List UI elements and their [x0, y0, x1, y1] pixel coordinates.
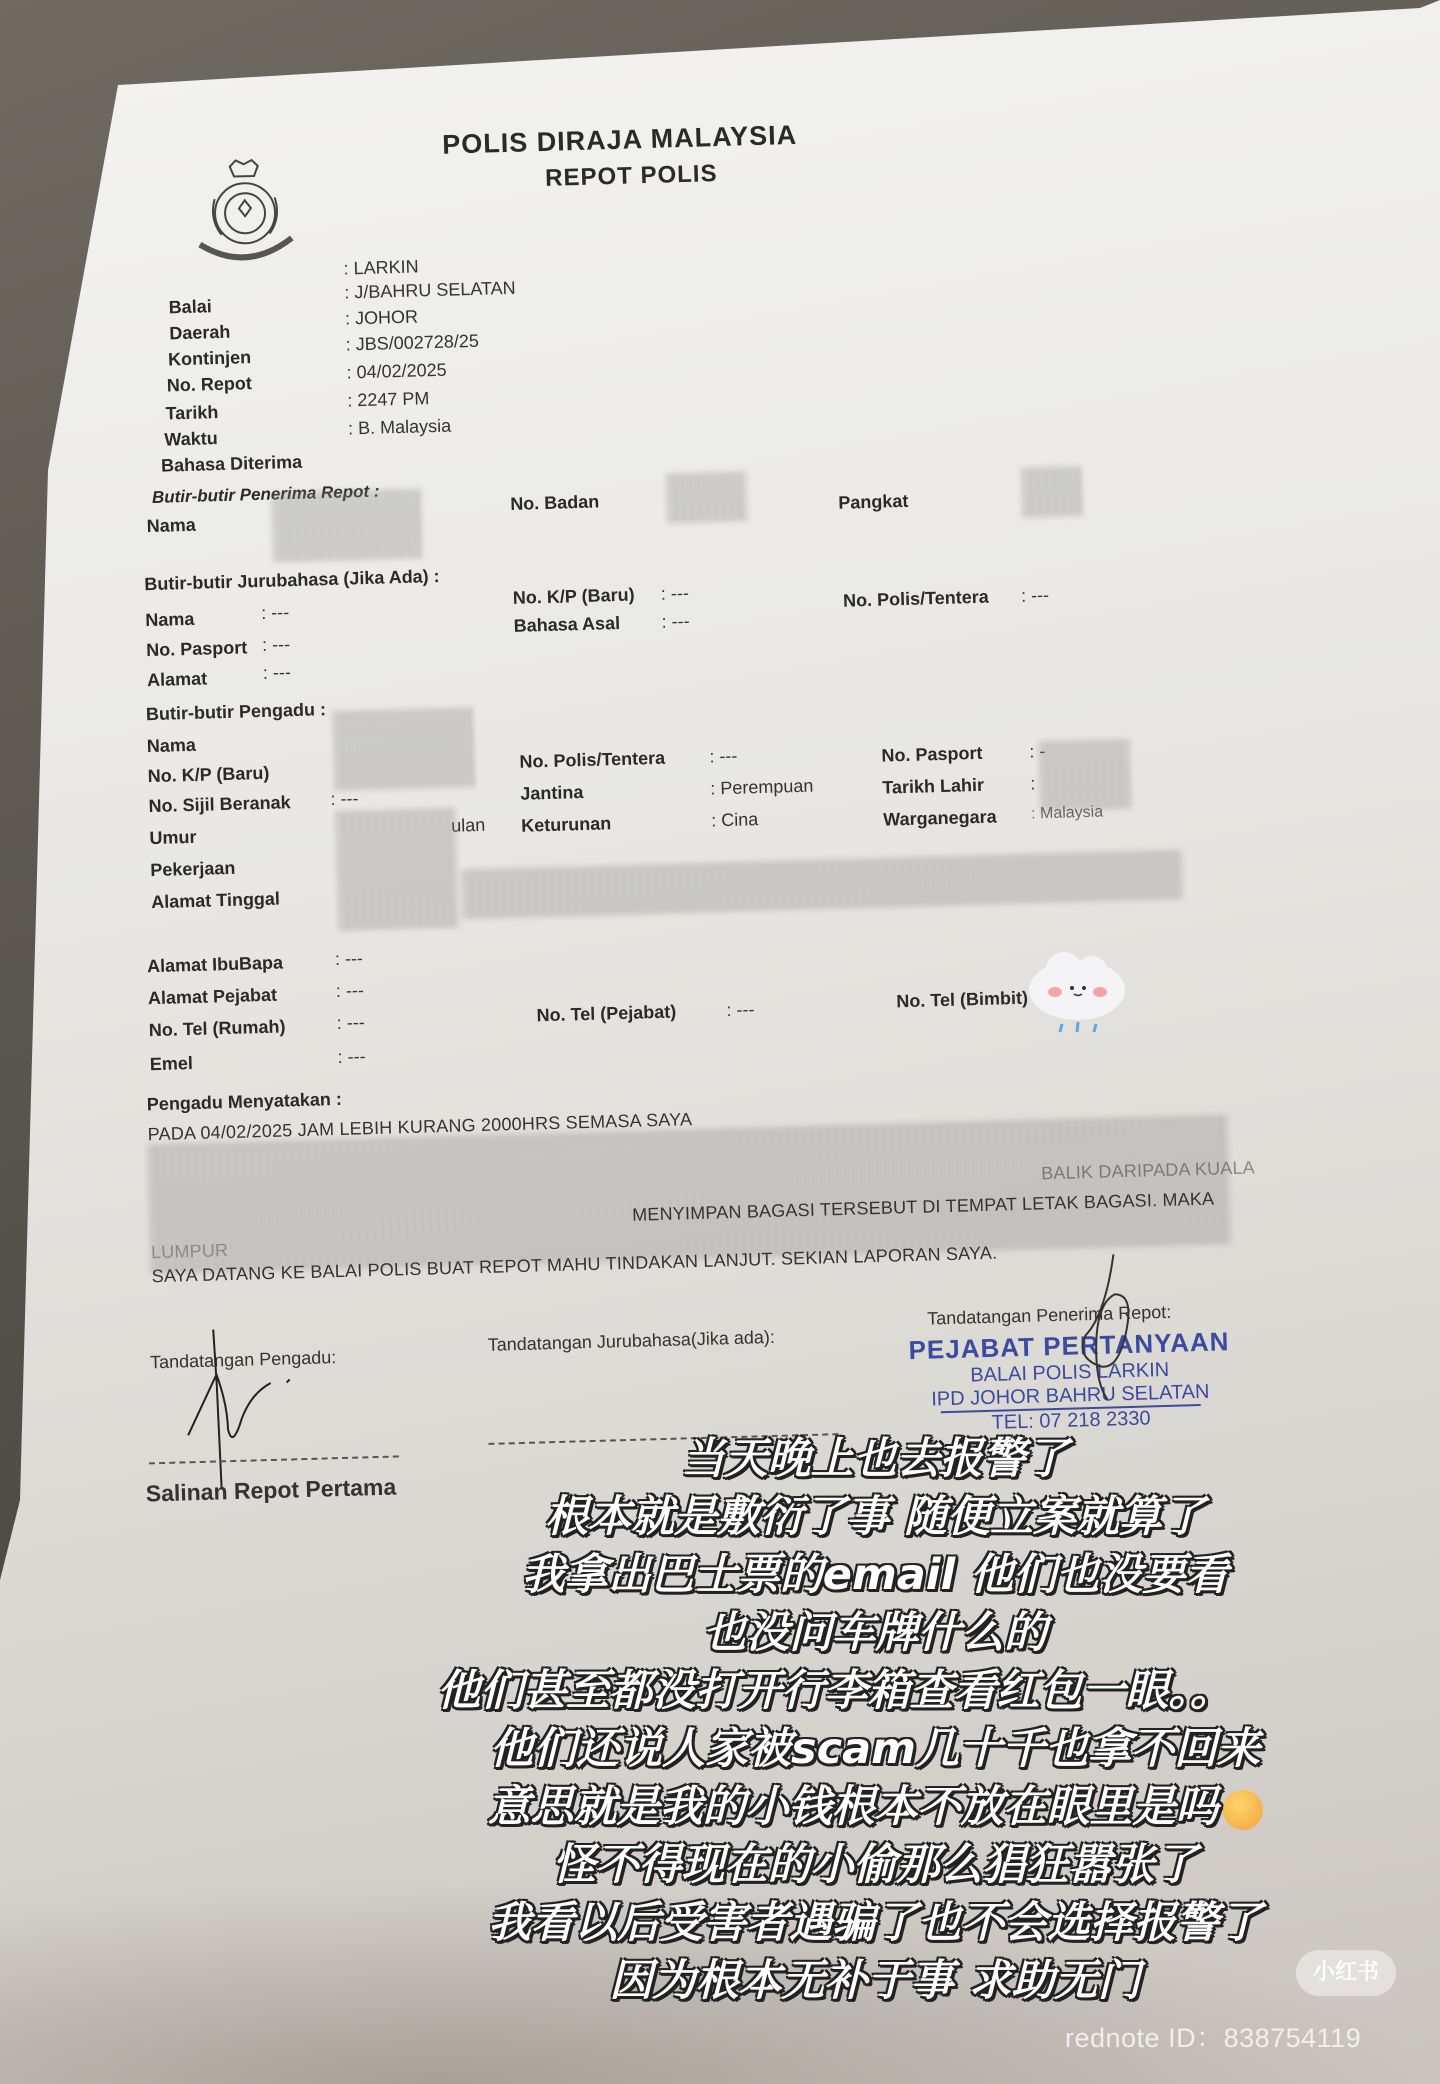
complainant-label-age: Umur — [149, 827, 197, 849]
complainant-label-address: Alamat Tinggal — [151, 889, 280, 914]
form-title: REPOT POLIS — [545, 160, 718, 193]
redacted-complainant-name — [333, 707, 475, 791]
caption-line-2: 根本就是敷衍了事 随便立案就算了 — [380, 1488, 1370, 1546]
caption-line-10: 因为根本无补于事 求助无门 — [380, 1952, 1370, 2010]
contact-value-parents: : --- — [335, 948, 364, 970]
interpreter-section-title: Butir-butir Jurubahasa (Jika Ada) : — [144, 566, 440, 595]
complainant-birth-cert-value: : --- — [330, 788, 359, 810]
complainant-dob-value: : — [1030, 773, 1036, 794]
caption-overlay: 当天晚上也去报警了 根本就是敷衍了事 随便立案就算了 我拿出巴士票的email … — [380, 1430, 1370, 2010]
receiver-badge-label: No. Badan — [510, 491, 600, 514]
xiaohongshu-logo: 小红书 — [1296, 1950, 1396, 1996]
contact-label-office: Alamat Pejabat — [148, 985, 278, 1010]
signature-section: Tandatangan Pengadu: Salinan Repot Perta… — [9, 0, 1440, 30]
police-report-document: POLIS DIRAJA MALAYSIA REPOT POLIS : LARK… — [9, 0, 1440, 1529]
interpreter-police-label: No. Polis/Tentera — [843, 587, 989, 612]
caption-line-3: 我拿出巴士票的email 他们也没要看 — [380, 1546, 1370, 1604]
contact-label-home-tel: No. Tel (Rumah) — [149, 1016, 286, 1041]
receiver-section: Butir-butir Penerima Repot : Nama No. Ba… — [9, 0, 1440, 30]
complainant-gender-value: : Perempuan — [710, 776, 814, 800]
copy-label: Salinan Repot Pertama — [145, 1474, 396, 1508]
complainant-label-birth-cert: No. Sijil Beranak — [148, 792, 291, 817]
complainant-label-occupation: Pekerjaan — [150, 858, 236, 881]
statement-line-3-head: LUMPUR — [151, 1240, 229, 1263]
meta-label-waktu: Waktu — [164, 428, 218, 450]
mobile-tel-label: No. Tel (Bimbit) — [896, 988, 1028, 1013]
meta-label-tarikh: Tarikh — [165, 402, 218, 424]
meta-label-no-repot: No. Repot — [167, 373, 253, 396]
meta-value-tarikh: : 04/02/2025 — [346, 360, 447, 384]
meta-value-bahasa: : B. Malaysia — [348, 416, 452, 440]
redacted-receiver-name — [272, 488, 424, 562]
contact-value-email: : --- — [337, 1046, 366, 1068]
meta-value-no-repot: : JBS/002728/25 — [345, 331, 479, 356]
interpreter-name-value: : --- — [261, 602, 290, 624]
interpreter-signature-label: Tandatangan Jurubahasa(Jika ada): — [487, 1327, 775, 1356]
caption-line-4: 也没问车牌什么的 — [380, 1604, 1370, 1662]
report-meta: : LARKIN : J/BAHRU SELATAN : JOHOR : JBS… — [9, 0, 1440, 30]
interpreter-ic-label: No. K/P (Baru) — [513, 585, 635, 609]
interpreter-passport-label: No. Pasport — [146, 637, 248, 661]
meta-label-balai: Balai — [168, 296, 212, 318]
interpreter-language-value: : --- — [661, 611, 690, 633]
redacted-dob — [1039, 739, 1131, 811]
complainant-label-ic: No. K/P (Baru) — [147, 763, 269, 787]
interpreter-ic-value: : --- — [661, 583, 690, 605]
complainant-section: Butir-butir Pengadu : Nama No. K/P (Baru… — [9, 0, 1440, 30]
complainant-signature — [165, 1321, 330, 1495]
redacted-badge-number — [666, 471, 747, 523]
caption-line-7: 意思就是我的小钱根本不放在眼里是吗 — [488, 1782, 1219, 1832]
complainant-nationality-value: : Malaysia — [1031, 804, 1104, 824]
redacted-complainant-details — [336, 808, 459, 931]
statement-title: Pengadu Menyatakan : — [147, 1089, 343, 1115]
meta-value-balai: : LARKIN — [343, 256, 419, 279]
sad-face-emoji-icon — [1223, 1790, 1263, 1830]
complainant-label-nama: Nama — [147, 735, 197, 757]
cloud-sticker-icon — [1022, 952, 1132, 1042]
meta-value-waktu: : 2247 PM — [347, 388, 430, 411]
interpreter-police-value: : --- — [1021, 585, 1050, 607]
meta-value-kontinjen: : JOHOR — [345, 306, 419, 329]
interpreter-name-label: Nama — [145, 609, 195, 631]
statement-section: Pengadu Menyatakan : PADA 04/02/2025 JAM… — [9, 0, 1440, 30]
receiver-name-label: Nama — [146, 515, 196, 537]
complainant-police-label: No. Polis/Tentera — [519, 748, 665, 773]
complainant-dob-label: Tarikh Lahir — [882, 775, 984, 799]
complainant-ethnicity-label: Keturunan — [521, 813, 612, 837]
interpreter-address-value: : --- — [263, 662, 292, 684]
contact-value-home-tel: : --- — [336, 1012, 365, 1034]
contact-label-email: Emel — [149, 1053, 193, 1075]
meta-label-kontinjen: Kontinjen — [168, 347, 252, 370]
interpreter-section: Butir-butir Jurubahasa (Jika Ada) : Nama… — [9, 0, 1440, 30]
caption-line-5: 他们甚至都没打开行李箱查看红包一眼。。 — [300, 1662, 1370, 1720]
meta-label-daerah: Daerah — [169, 322, 231, 345]
receiver-signature — [1053, 1248, 1168, 1421]
redacted-rank — [1021, 466, 1082, 518]
contact-value-office: : --- — [336, 980, 365, 1002]
interpreter-passport-value: : --- — [262, 634, 291, 656]
caption-line-8: 怪不得现在的小偷那么猖狂嚣张了 — [380, 1836, 1370, 1894]
caption-line-9: 我看以后受害者遇骗了也不会选择报警了 — [380, 1894, 1370, 1952]
complainant-gender-label: Jantina — [520, 782, 584, 805]
complainant-ethnicity-value: : Cina — [711, 809, 759, 831]
interpreter-address-label: Alamat — [147, 668, 208, 691]
office-tel-value: : --- — [726, 999, 755, 1021]
complainant-nationality-label: Warganegara — [883, 806, 997, 830]
complainant-passport-label: No. Pasport — [881, 743, 983, 767]
rednote-id: rednote ID：838754119 — [1065, 2016, 1361, 2055]
complainant-section-title: Butir-butir Pengadu : — [146, 699, 327, 725]
interpreter-language-label: Bahasa Asal — [513, 613, 620, 637]
receiver-rank-label: Pangkat — [838, 491, 909, 514]
contact-label-parents: Alamat IbuBapa — [147, 952, 284, 977]
office-tel-label: No. Tel (Pejabat) — [536, 1002, 676, 1027]
meta-value-daerah: : J/BAHRU SELATAN — [344, 278, 516, 304]
caption-line-1: 当天晚上也去报警了 — [380, 1430, 1370, 1488]
caption-line-6: 他们还说人家被scam几十千也拿不回来 — [380, 1720, 1370, 1778]
pdrm-crest-icon — [178, 156, 311, 275]
agency-title: POLIS DIRAJA MALAYSIA — [442, 120, 798, 161]
complainant-police-value: : --- — [709, 746, 738, 768]
caption-line-7-wrap: 意思就是我的小钱根本不放在眼里是吗 — [380, 1778, 1370, 1836]
meta-label-bahasa: Bahasa Diterima — [161, 452, 303, 477]
redacted-complainant-address — [462, 849, 1183, 919]
